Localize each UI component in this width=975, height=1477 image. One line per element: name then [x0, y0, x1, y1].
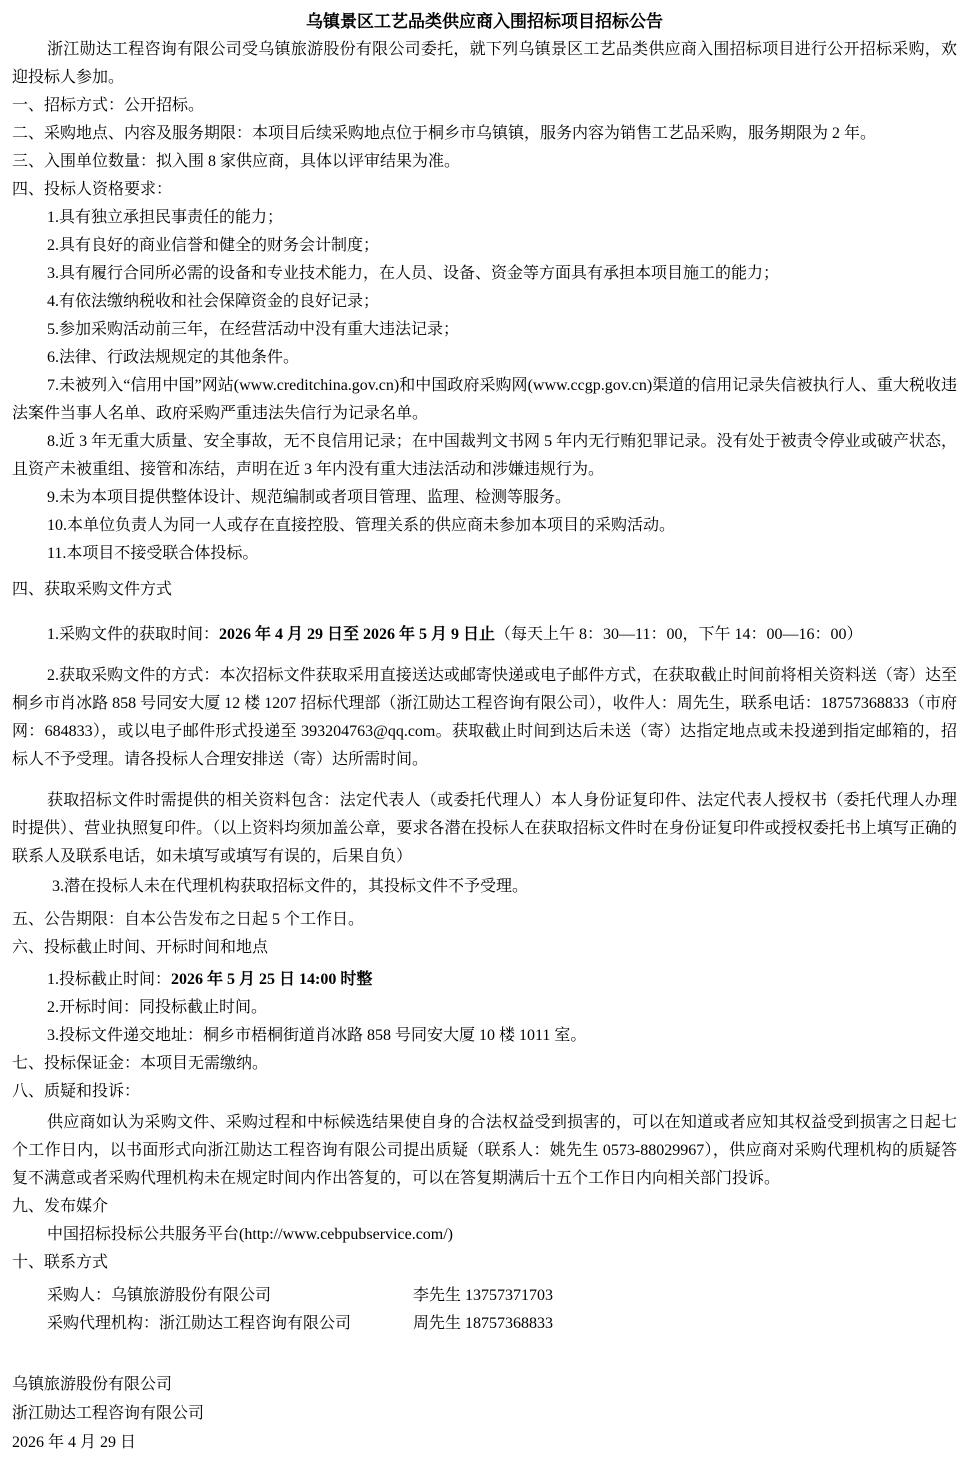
- section-media-heading: 九、发布媒介: [12, 1193, 957, 1221]
- qualification-item: 11.本项目不接受联合体投标。: [12, 540, 957, 568]
- complaints-paragraph: 供应商如认为采购文件、采购过程和中标候选结果使自身的合法权益受到损害的，可以在知…: [12, 1109, 957, 1193]
- section-complaints-heading: 八、质疑和投诉：: [12, 1078, 957, 1106]
- section-deadline-heading: 六、投标截止时间、开标时间和地点: [12, 934, 957, 962]
- qualification-item: 4.有依法缴纳税收和社会保障资金的良好记录；: [12, 288, 957, 316]
- agency-person: 周先生 18757368833: [413, 1310, 553, 1338]
- bid-deadline-prefix: 1.投标截止时间：: [47, 971, 171, 988]
- submission-address-item: 3.投标文件递交地址：桐乡市梧桐街道肖冰路 858 号同安大厦 10 楼 101…: [12, 1022, 957, 1050]
- obtain-method-item: 2.获取采购文件的方式：本次招标文件获取采用直接送达或邮寄快递或电子邮件方式，在…: [12, 662, 957, 774]
- bid-deadline-value: 2026 年 5 月 25 日 14:00 时整: [171, 971, 372, 988]
- obtain-time-prefix: 1.采购文件的获取时间：: [47, 626, 219, 643]
- footer-buyer-company: 乌镇旅游股份有限公司: [12, 1370, 955, 1399]
- signature-block: 乌镇旅游股份有限公司 浙江勋达工程咨询有限公司 2026 年 4 月 29 日: [12, 1370, 957, 1457]
- buyer-person: 李先生 13757371703: [413, 1282, 553, 1310]
- section-contacts-heading: 十、联系方式: [12, 1249, 957, 1277]
- agency-contact-row: 采购代理机构：浙江勋达工程咨询有限公司 周先生 18757368833: [47, 1310, 957, 1338]
- qualification-item: 8.近 3 年无重大质量、安全事故，无不良信用记录；在中国裁判文书网 5 年内无…: [12, 428, 957, 484]
- section-bidding-method: 一、招标方式：公开招标。: [12, 92, 957, 120]
- section-shortlist-count: 三、入围单位数量：拟入围 8 家供应商，具体以评审结果为准。: [12, 148, 957, 176]
- qualification-item: 10.本单位负责人为同一人或存在直接控股、管理关系的供应商未参加本项目的采购活动…: [12, 512, 957, 540]
- obtain-materials-paragraph: 获取招标文件时需提供的相关资料包含：法定代表人（或委托代理人）本人身份证复印件、…: [12, 787, 957, 871]
- obtain-agency-only-item: 3.潜在投标人未在代理机构获取招标文件的，其投标文件不予受理。: [12, 873, 957, 901]
- qualification-item: 3.具有履行合同所必需的设备和专业技术能力，在人员、设备、资金等方面具有承担本项…: [12, 260, 957, 288]
- section-bid-bond: 七、投标保证金：本项目无需缴纳。: [12, 1050, 957, 1078]
- tender-announcement-document: 乌镇景区工艺品类供应商入围招标项目招标公告 浙江勋达工程咨询有限公司受乌镇旅游股…: [0, 0, 975, 1477]
- buyer-contact-row: 采购人：乌镇旅游股份有限公司 李先生 13757371703: [47, 1282, 957, 1310]
- qualification-item: 2.具有良好的商业信誉和健全的财务会计制度；: [12, 232, 957, 260]
- qualification-item: 6.法律、行政法规规定的其他条件。: [12, 344, 957, 372]
- qualification-item: 1.具有独立承担民事责任的能力；: [12, 204, 957, 232]
- bid-deadline-item: 1.投标截止时间：2026 年 5 月 25 日 14:00 时整: [12, 966, 957, 994]
- obtain-time-item: 1.采购文件的获取时间：2026 年 4 月 29 日至 2026 年 5 月 …: [12, 621, 957, 649]
- intro-paragraph: 浙江勋达工程咨询有限公司受乌镇旅游股份有限公司委托，就下列乌镇景区工艺品类供应商…: [12, 36, 957, 92]
- qualification-item: 9.未为本项目提供整体设计、规范编制或者项目管理、监理、检测等服务。: [12, 484, 957, 512]
- section-obtain-docs-heading: 四、获取采购文件方式: [12, 576, 957, 604]
- obtain-time-value: 2026 年 4 月 29 日至 2026 年 5 月 9 日止: [219, 626, 495, 643]
- section-announcement-period: 五、公告期限：自本公告发布之日起 5 个工作日。: [12, 906, 957, 934]
- obtain-time-note: （每天上午 8：30—11：00，下午 14：00—16：00）: [495, 626, 862, 643]
- buyer-label: 采购人：乌镇旅游股份有限公司: [47, 1282, 413, 1310]
- footer-date: 2026 年 4 月 29 日: [12, 1428, 955, 1457]
- qualification-item: 7.未被列入“信用中国”网站(www.creditchina.gov.cn)和中…: [12, 372, 957, 428]
- section-location-content-term: 二、采购地点、内容及服务期限：本项目后续采购地点位于桐乡市乌镇镇，服务内容为销售…: [12, 120, 957, 148]
- section-qualification-heading: 四、投标人资格要求：: [12, 176, 957, 204]
- qualification-item: 5.参加采购活动前三年，在经营活动中没有重大违法记录；: [12, 316, 957, 344]
- media-platform: 中国招标投标公共服务平台(http://www.cebpubservice.co…: [12, 1221, 957, 1249]
- footer-agency-company: 浙江勋达工程咨询有限公司: [12, 1399, 955, 1428]
- agency-label: 采购代理机构：浙江勋达工程咨询有限公司: [47, 1310, 413, 1338]
- document-title: 乌镇景区工艺品类供应商入围招标项目招标公告: [12, 8, 957, 36]
- opening-time-item: 2.开标时间：同投标截止时间。: [12, 994, 957, 1022]
